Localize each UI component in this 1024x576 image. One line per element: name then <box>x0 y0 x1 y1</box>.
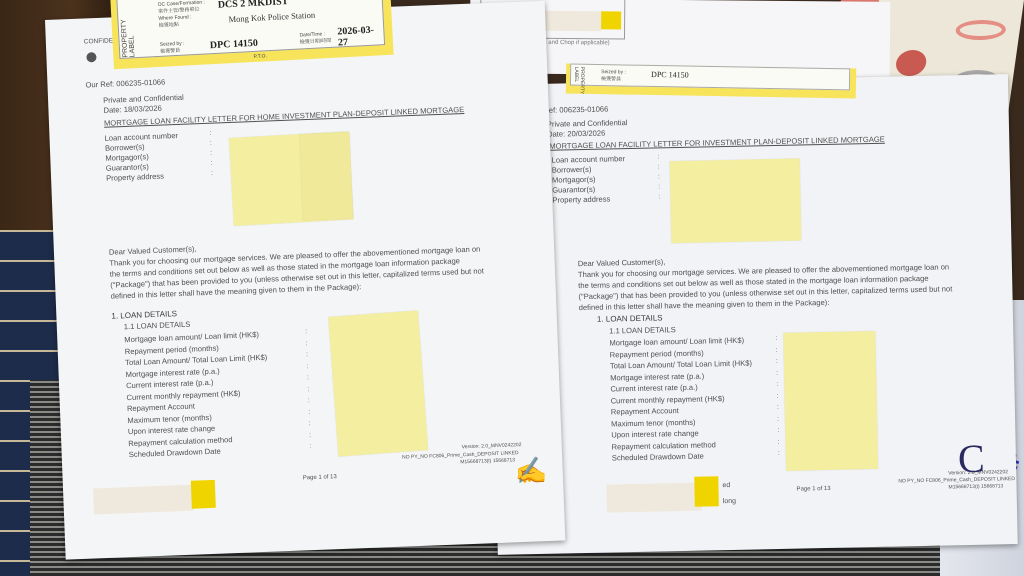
field-label: Loan account number <box>104 131 178 143</box>
loan-row-label: Current interest rate (p.a.) <box>610 383 698 394</box>
colon-separator: : <box>305 328 307 335</box>
loan-row-label: Upon interest rate change <box>128 424 216 436</box>
field-label: Borrower(s) <box>105 142 145 153</box>
redaction-sticky-note <box>670 158 802 243</box>
colon-separator: : <box>777 427 779 434</box>
colon-separator: : <box>776 369 778 376</box>
case-value: DCS 2 MKDIST <box>218 0 289 11</box>
redaction-strip <box>606 483 702 513</box>
colon-separator: : <box>657 153 659 160</box>
colon-separator: : <box>307 374 309 381</box>
colon-separator: : <box>776 358 778 365</box>
letter-date: Date: 18/03/2026 <box>103 104 162 115</box>
subsection-heading: 1.1 LOAN DETAILS <box>609 325 676 335</box>
loan-row-label: Mortgage loan amount/ Loan limit (HK$) <box>124 330 259 344</box>
colon-separator: : <box>309 443 311 450</box>
redaction-tab <box>694 476 719 506</box>
section-heading: 1. LOAN DETAILS <box>597 313 663 323</box>
colon-separator: : <box>309 420 311 427</box>
facility-letter-left: CONFIDE Our Ref: 006235-01066 Private an… <box>45 1 565 560</box>
colon-separator: : <box>210 150 212 157</box>
section-heading: 1. LOAN DETAILS <box>111 309 177 321</box>
colon-separator: : <box>309 432 311 439</box>
colon-separator: : <box>209 130 211 137</box>
date-label-zh: 檢獲日期/時間 <box>300 37 332 46</box>
loan-row-label: Scheduled Drawdown Date <box>612 452 704 463</box>
redaction-tab <box>191 480 216 509</box>
loan-row-label: Maximum tenor (months) <box>611 417 696 428</box>
loan-row-label: Upon interest rate change <box>611 429 699 440</box>
label-side-text: PROPERTY LABEL <box>573 67 585 95</box>
private-label: Private and Confidential <box>103 93 184 105</box>
field-label: Loan account number <box>551 154 625 165</box>
doc-code-2: M15668713(t) 15668713 <box>460 457 515 465</box>
our-ref: Our Ref: 006235-01066 <box>85 77 165 89</box>
where-found-value: Mong Kok Police Station <box>228 10 315 25</box>
colon-separator: : <box>777 438 779 445</box>
colon-separator: : <box>308 397 310 404</box>
field-label: Guarantor(s) <box>106 162 149 173</box>
version-text: Version: 2.0_MNV0242202 <box>462 442 522 450</box>
case-label-zh: 案件主管/警務單位 <box>158 6 200 15</box>
field-label: Guarantor(s) <box>552 185 595 195</box>
field-label: Mortgagor(s) <box>105 152 149 163</box>
page-number: Page 1 of 13 <box>303 474 337 481</box>
loan-row-label: Total Loan Amount/ Total Loan Limit (HK$… <box>610 359 752 371</box>
loan-row-label: Current interest rate (p.a.) <box>126 378 214 390</box>
loan-row-label: Mortgage interest rate (p.a.) <box>125 366 219 379</box>
field-label: Mortgagor(s) <box>552 175 596 185</box>
colon-separator: : <box>775 335 777 342</box>
colon-separator: : <box>210 140 212 147</box>
colon-separator: : <box>658 173 660 180</box>
seized-by-value: DPC 14150 <box>651 70 689 80</box>
colon-separator: : <box>210 160 212 167</box>
where-found-label-zh: 檢獲地點 <box>159 21 179 29</box>
field-label: Property address <box>552 194 610 204</box>
loan-row-label: Scheduled Drawdown Date <box>129 447 221 460</box>
loan-row-label: Total Loan Amount/ Total Loan Limit (HK$… <box>125 353 267 367</box>
loan-row-label: Repayment calculation method <box>128 435 233 448</box>
private-label: Private and Confidential <box>547 118 628 129</box>
subsection-heading: 1.1 LOAN DETAILS <box>124 320 191 332</box>
greeting: Dear Valued Customer(s), <box>578 257 666 268</box>
loan-row-label: Repayment Account <box>127 402 195 414</box>
colon-separator: : <box>658 183 660 190</box>
redaction-sticky-note <box>328 310 428 456</box>
seized-by-label-zh: 檢獲警員 <box>160 47 180 55</box>
loan-row-label: Repayment period (months) <box>125 343 219 356</box>
colon-separator: : <box>776 346 778 353</box>
colon-separator: : <box>777 392 779 399</box>
colon-separator: : <box>306 351 308 358</box>
colon-separator: : <box>658 193 660 200</box>
loan-row-label: Mortgage interest rate (p.a.) <box>610 371 704 382</box>
colon-separator: : <box>307 386 309 393</box>
colon-separator: : <box>306 363 308 370</box>
loan-row-label: Repayment period (months) <box>610 348 704 359</box>
colon-separator: : <box>776 381 778 388</box>
seized-by-value: DPC 14150 <box>210 38 259 52</box>
colon-separator: : <box>658 163 660 170</box>
signature: ✍ <box>514 456 548 487</box>
bank-logo-icon <box>86 52 96 62</box>
loan-row-label: Repayment calculation method <box>612 440 716 451</box>
colon-separator: : <box>778 450 780 457</box>
redaction-sticky-note <box>783 331 878 471</box>
loan-row-label: Repayment Account <box>611 406 679 416</box>
redaction-sticky-note <box>300 132 353 220</box>
label-footer: P.T.O. <box>253 53 267 60</box>
partial-text: long <box>723 498 736 505</box>
field-label: Property address <box>106 172 164 183</box>
signature: C <box>957 435 985 483</box>
redaction-strip <box>93 485 194 515</box>
colon-separator: : <box>211 170 213 177</box>
seized-by-label-zh: 檢獲警員 <box>601 75 621 82</box>
facility-letter-right: IC Our Ref: 006235-01066 Private and Con… <box>488 74 1018 555</box>
property-label-right: PROPERTY LABEL Seized by : 檢獲警員 DPC 1415… <box>566 63 856 98</box>
date-value: 2026-03-27 <box>337 24 384 48</box>
loan-row-label: Mortgage loan amount/ Loan limit (HK$) <box>609 336 744 348</box>
confidential-header: CONFIDE <box>84 37 113 45</box>
colon-separator: : <box>308 409 310 416</box>
loan-row-label: Maximum tenor (months) <box>127 412 212 424</box>
loan-row-label: Current monthly repayment (HK$) <box>126 388 240 401</box>
partial-text: ed <box>722 482 730 489</box>
label-side-text: PROPERTY LABEL <box>120 3 137 58</box>
field-label: Borrower(s) <box>552 165 592 175</box>
colon-separator: : <box>777 404 779 411</box>
letter-date: Date: 20/03/2026 <box>547 129 605 139</box>
colon-separator: : <box>305 340 307 347</box>
colon-separator: : <box>777 415 779 422</box>
loan-row-label: Current monthly repayment (HK$) <box>611 394 725 405</box>
doc-code-2: M15668713(t) 15668713 <box>948 483 1003 490</box>
page-number: Page 1 of 13 <box>796 486 830 493</box>
